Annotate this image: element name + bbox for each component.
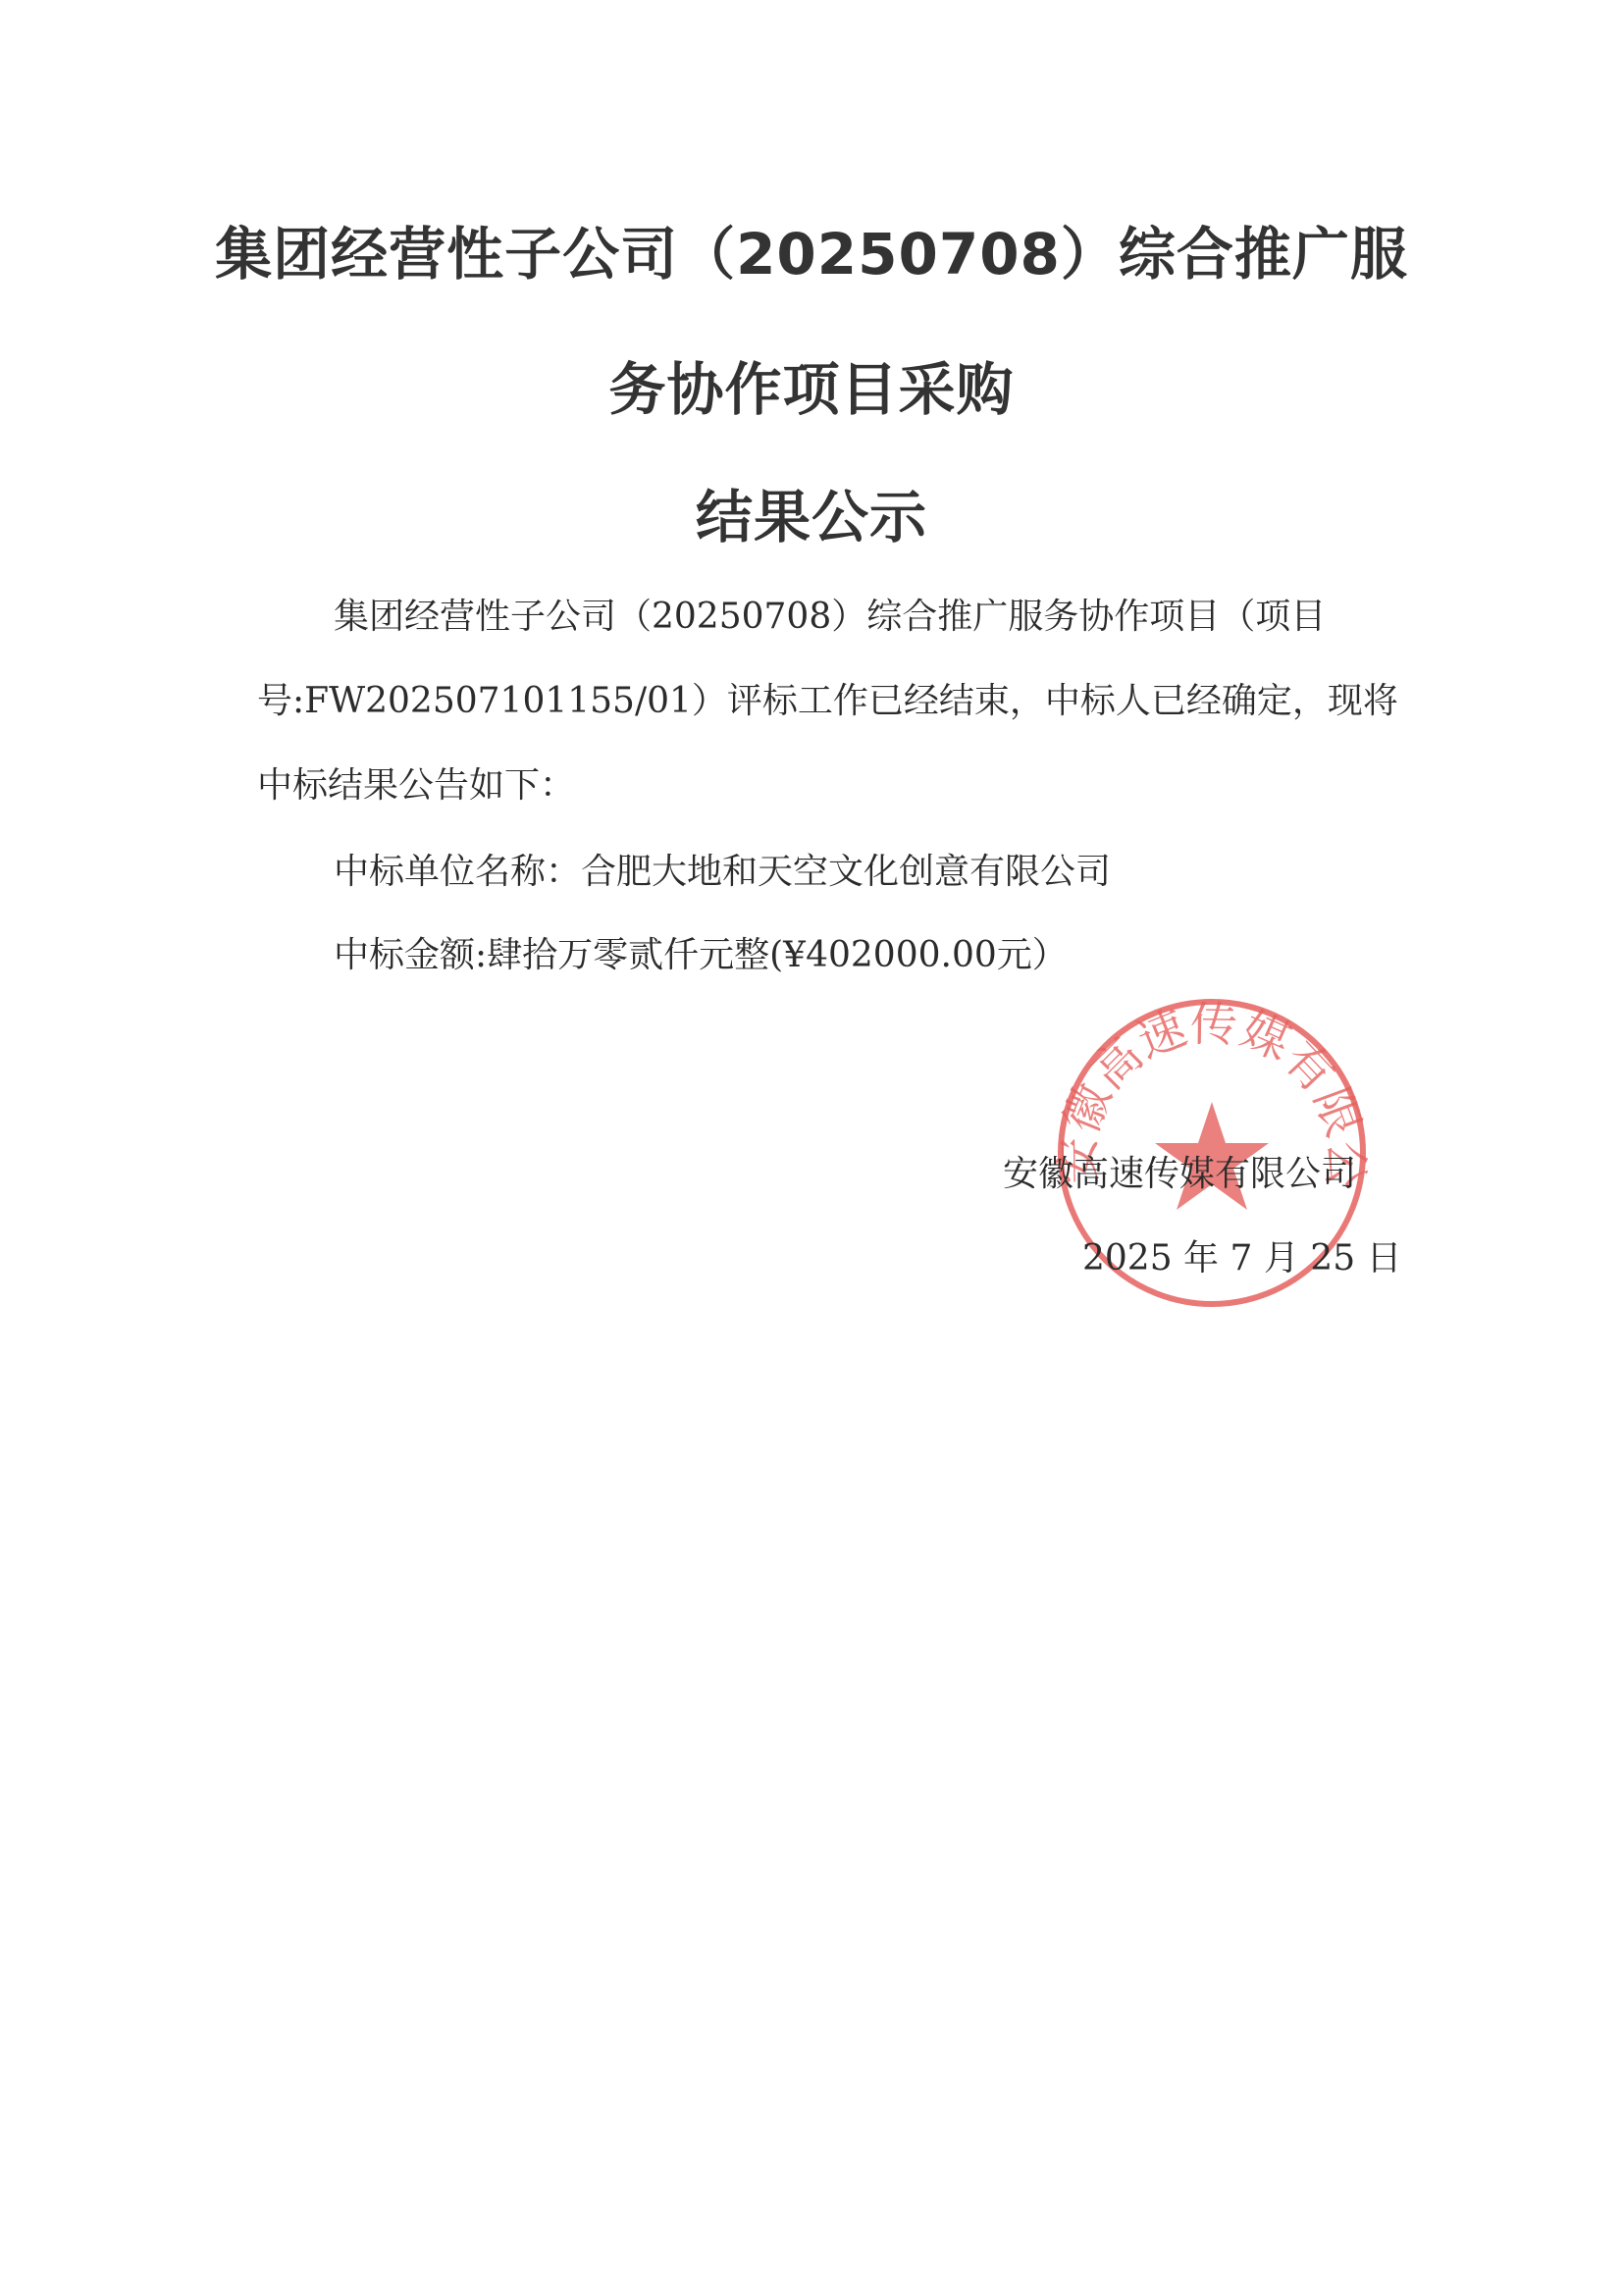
body-line-2: 号:FW202507101155/01）评标工作已经结束，中标人已经确定，现将 (257, 673, 1398, 723)
amount-value: 肆拾万零贰仟元整(¥402000.00元） (487, 935, 1068, 975)
body-line-3: 中标结果公告如下： (257, 757, 575, 808)
document-title-line-2: 务协作项目采购 (0, 343, 1623, 426)
signature-company: 安徽高速传媒有限公司 (1003, 1146, 1356, 1196)
winner-name: 合肥大地和天空文化创意有限公司 (581, 852, 1111, 892)
winner-row: 中标单位名称：合肥大地和天空文化创意有限公司 (334, 844, 1111, 894)
document-title-line-1: 集团经营性子公司（20250708）综合推广服 (0, 208, 1623, 290)
amount-label: 中标金额: (334, 935, 487, 975)
winner-label: 中标单位名称： (334, 852, 581, 892)
body-line-1: 集团经营性子公司（20250708）综合推广服务协作项目（项目 (334, 589, 1326, 639)
amount-row: 中标金额:肆拾万零贰仟元整(¥402000.00元） (334, 927, 1068, 977)
signature-date: 2025 年 7 月 25 日 (1082, 1230, 1402, 1280)
document-title-line-3: 结果公示 (0, 471, 1623, 553)
